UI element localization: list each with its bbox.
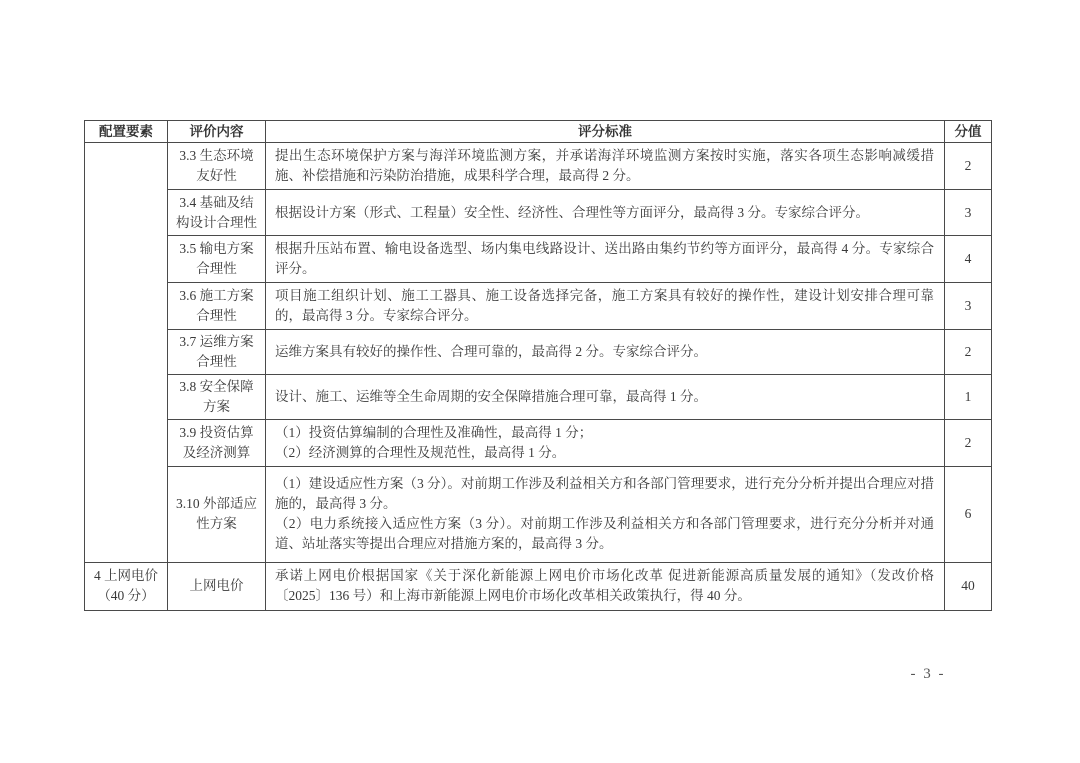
criteria-cell: 项目施工组织计划、施工工器具、施工设备选择完备，施工方案具有较好的操作性，建设计… [266,283,945,330]
criteria-paragraph: 设计、施工、运维等全生命周期的安全保障措施合理可靠，最高得 1 分。 [275,387,934,407]
column-header-content: 评价内容 [168,121,266,143]
table-row: 4 上网电价（40 分）上网电价承诺上网电价根据国家《关于深化新能源上网电价市场… [85,562,992,610]
table-row: 3.5 输电方案合理性根据升压站布置、输电设备选型、场内集电线路设计、送出路由集… [85,236,992,283]
score-cell: 1 [945,374,992,419]
criteria-cell: 承诺上网电价根据国家《关于深化新能源上网电价市场化改革 促进新能源高质量发展的通… [266,562,945,610]
criteria-paragraph: （1）建设适应性方案（3 分）。对前期工作涉及利益相关方和各部门管理要求，进行充… [275,474,934,514]
criteria-paragraph: 承诺上网电价根据国家《关于深化新能源上网电价市场化改革 促进新能源高质量发展的通… [275,566,934,606]
table-row: 3.6 施工方案合理性项目施工组织计划、施工工器具、施工设备选择完备，施工方案具… [85,283,992,330]
content-cell: 3.6 施工方案合理性 [168,283,266,330]
criteria-cell: （1）投资估算编制的合理性及准确性，最高得 1 分；（2）经济测算的合理性及规范… [266,419,945,466]
evaluation-table: 配置要素 评价内容 评分标准 分值 3.3 生态环境友好性提出生态环境保护方案与… [84,120,992,611]
page-number: - 3 - [886,666,970,683]
criteria-cell: 根据升压站布置、输电设备选型、场内集电线路设计、送出路由集约节约等方面评分，最高… [266,236,945,283]
element-cell: 4 上网电价（40 分） [85,562,168,610]
content-cell: 3.9 投资估算及经济测算 [168,419,266,466]
criteria-cell: 设计、施工、运维等全生命周期的安全保障措施合理可靠，最高得 1 分。 [266,374,945,419]
score-cell: 3 [945,283,992,330]
score-cell: 40 [945,562,992,610]
criteria-paragraph: （1）投资估算编制的合理性及准确性，最高得 1 分； [275,423,934,443]
criteria-paragraph: 根据升压站布置、输电设备选型、场内集电线路设计、送出路由集约节约等方面评分，最高… [275,239,934,279]
content-cell: 上网电价 [168,562,266,610]
table-row: 3.8 安全保障方案设计、施工、运维等全生命周期的安全保障措施合理可靠，最高得 … [85,374,992,419]
column-header-element: 配置要素 [85,121,168,143]
content-cell: 3.10 外部适应性方案 [168,466,266,562]
table-row: 3.10 外部适应性方案（1）建设适应性方案（3 分）。对前期工作涉及利益相关方… [85,466,992,562]
criteria-paragraph: 根据设计方案（形式、工程量）安全性、经济性、合理性等方面评分，最高得 3 分。专… [275,203,934,223]
score-cell: 6 [945,466,992,562]
column-header-criteria: 评分标准 [266,121,945,143]
table-row: 3.7 运维方案合理性运维方案具有较好的操作性、合理可靠的，最高得 2 分。专家… [85,329,992,374]
criteria-paragraph: （2）经济测算的合理性及规范性，最高得 1 分。 [275,443,934,463]
criteria-cell: 提出生态环境保护方案与海洋环境监测方案，并承诺海洋环境监测方案按时实施，落实各项… [266,143,945,190]
score-cell: 2 [945,329,992,374]
content-cell: 3.8 安全保障方案 [168,374,266,419]
content-cell: 3.4 基础及结构设计合理性 [168,190,266,236]
table-row: 3.9 投资估算及经济测算（1）投资估算编制的合理性及准确性，最高得 1 分；（… [85,419,992,466]
content-cell: 3.7 运维方案合理性 [168,329,266,374]
table-header-row: 配置要素 评价内容 评分标准 分值 [85,121,992,143]
criteria-paragraph: （2）电力系统接入适应性方案（3 分）。对前期工作涉及利益相关方和各部门管理要求… [275,514,934,554]
criteria-cell: 根据设计方案（形式、工程量）安全性、经济性、合理性等方面评分，最高得 3 分。专… [266,190,945,236]
criteria-cell: （1）建设适应性方案（3 分）。对前期工作涉及利益相关方和各部门管理要求，进行充… [266,466,945,562]
content-cell: 3.5 输电方案合理性 [168,236,266,283]
score-cell: 4 [945,236,992,283]
criteria-paragraph: 运维方案具有较好的操作性、合理可靠的，最高得 2 分。专家综合评分。 [275,342,934,362]
table-body: 3.3 生态环境友好性提出生态环境保护方案与海洋环境监测方案，并承诺海洋环境监测… [85,143,992,611]
score-cell: 2 [945,143,992,190]
criteria-cell: 运维方案具有较好的操作性、合理可靠的，最高得 2 分。专家综合评分。 [266,329,945,374]
criteria-paragraph: 项目施工组织计划、施工工器具、施工设备选择完备，施工方案具有较好的操作性，建设计… [275,286,934,326]
column-header-score: 分值 [945,121,992,143]
table-row: 3.4 基础及结构设计合理性根据设计方案（形式、工程量）安全性、经济性、合理性等… [85,190,992,236]
score-cell: 3 [945,190,992,236]
table-row: 3.3 生态环境友好性提出生态环境保护方案与海洋环境监测方案，并承诺海洋环境监测… [85,143,992,190]
element-cell [85,143,168,563]
score-cell: 2 [945,419,992,466]
content-cell: 3.3 生态环境友好性 [168,143,266,190]
criteria-paragraph: 提出生态环境保护方案与海洋环境监测方案，并承诺海洋环境监测方案按时实施，落实各项… [275,146,934,186]
